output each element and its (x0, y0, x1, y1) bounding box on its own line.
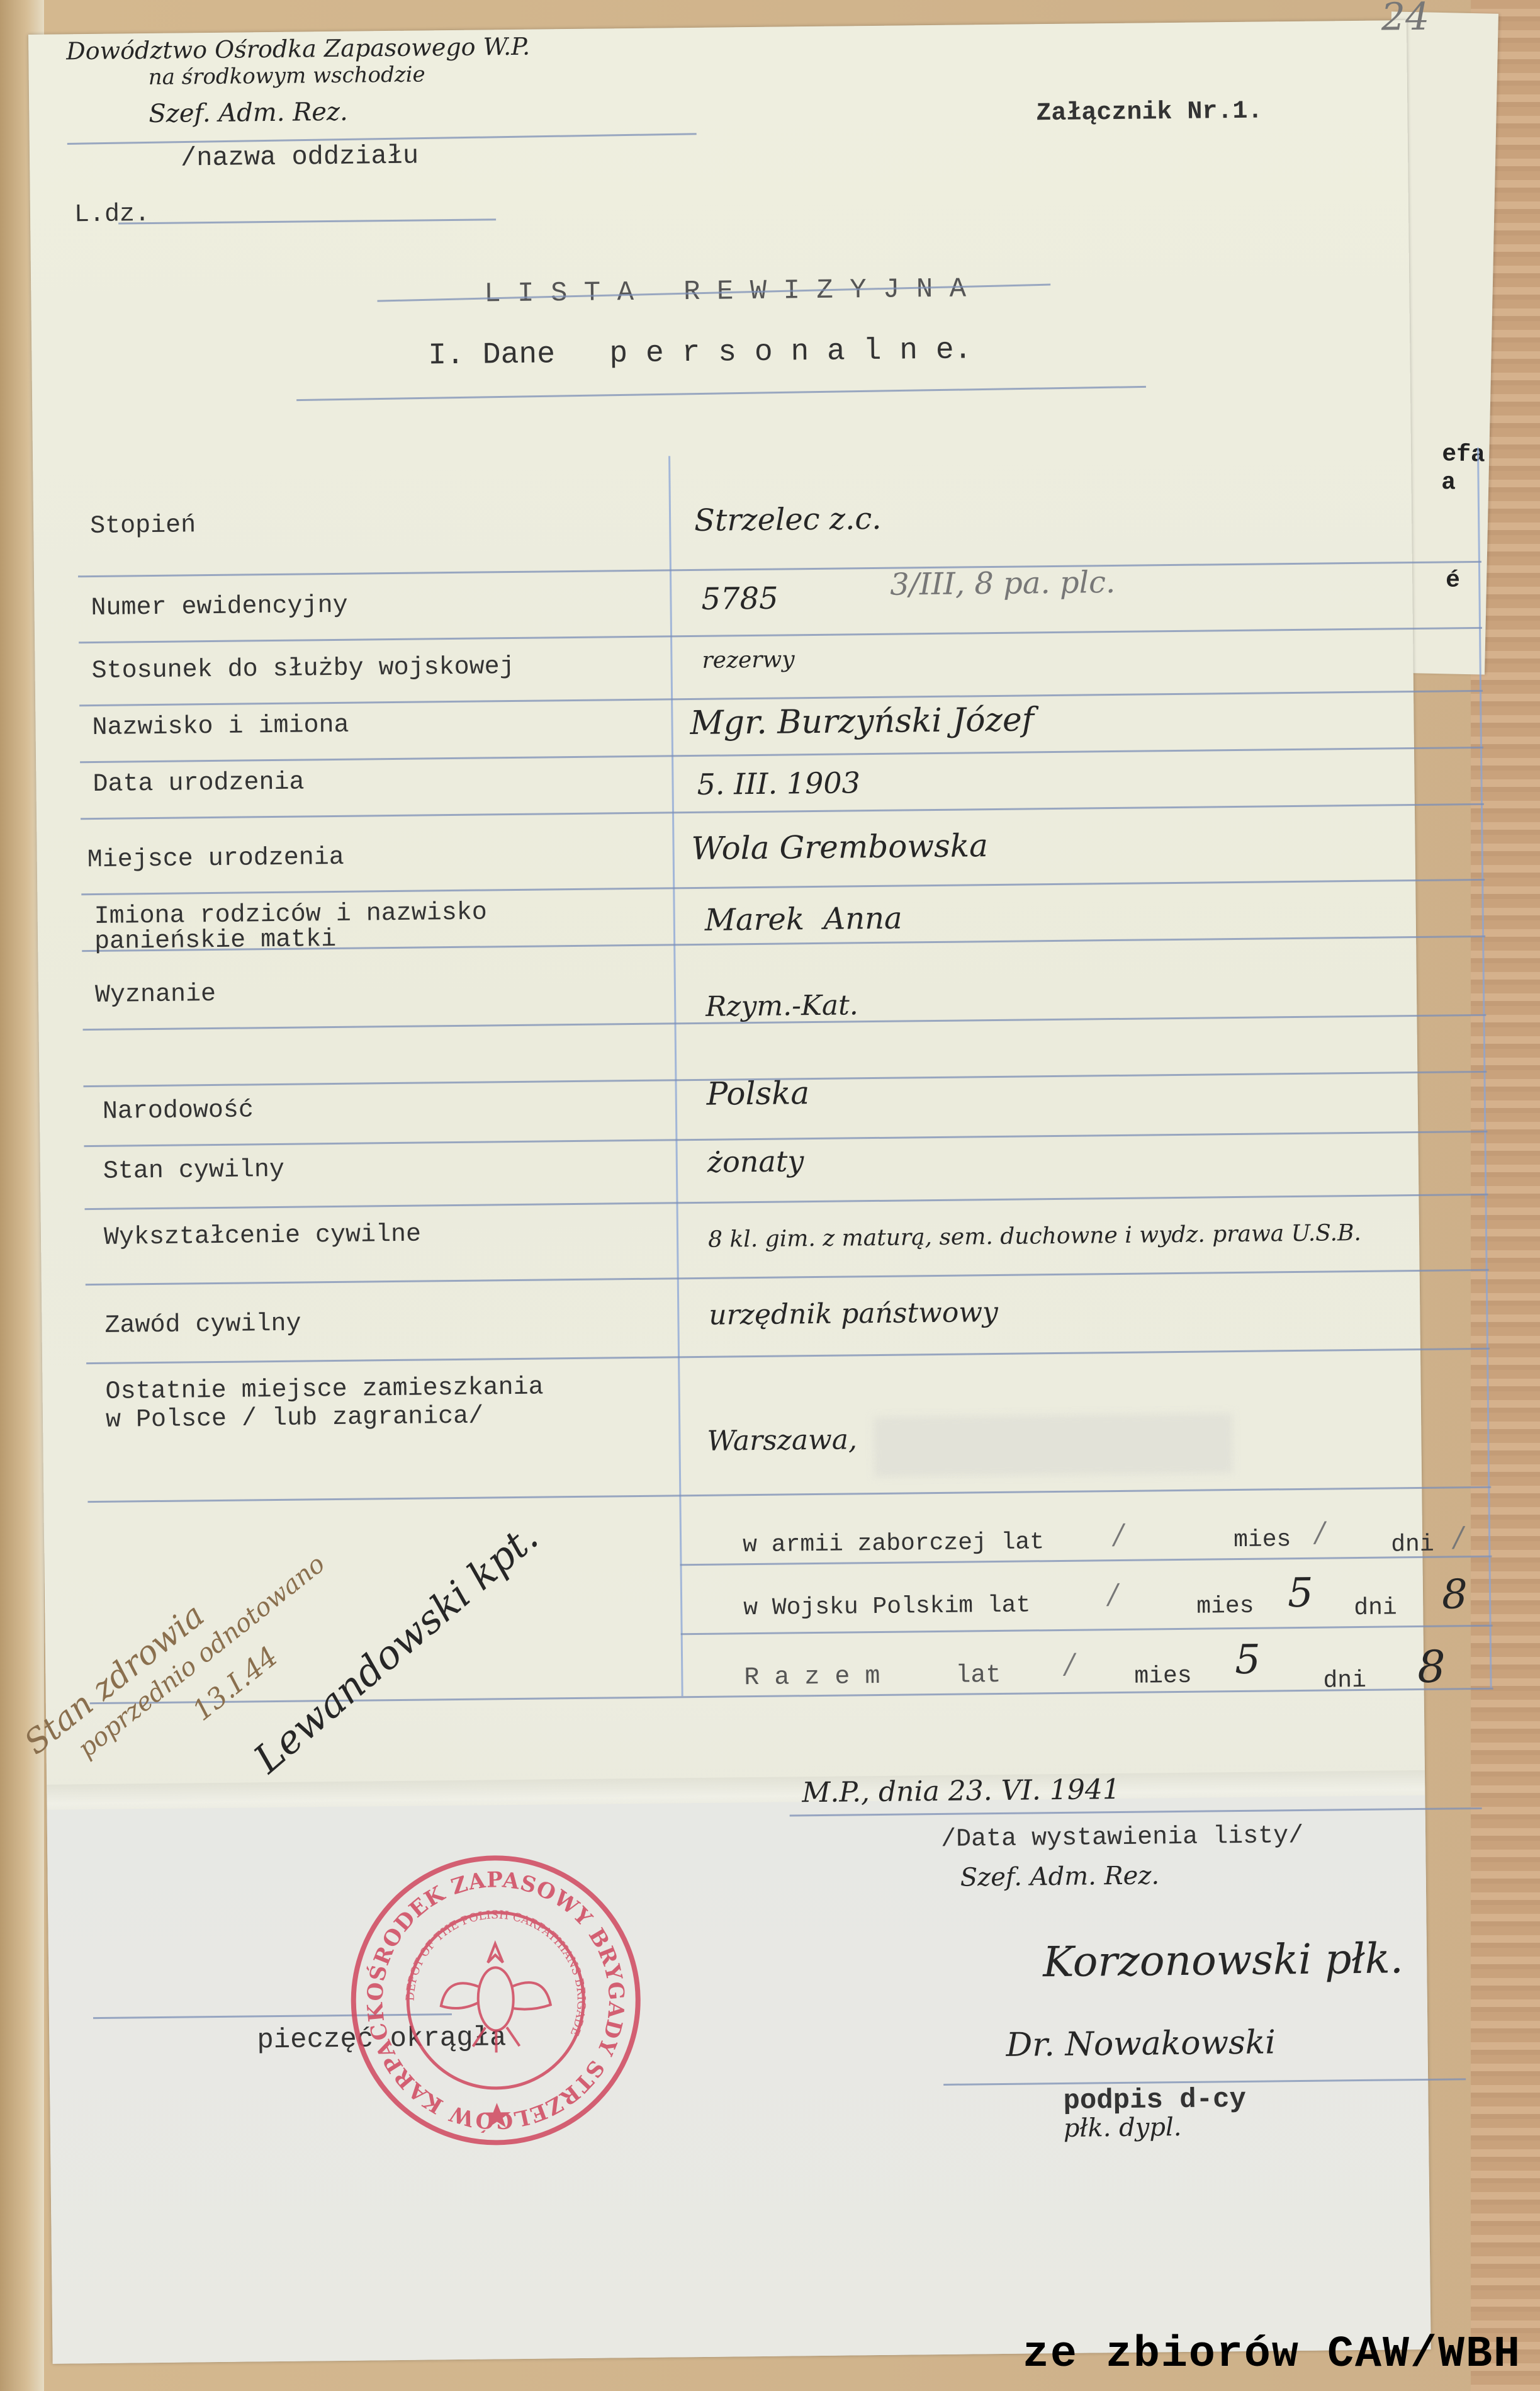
service-months-total: 5 (1235, 1637, 1261, 1683)
date-label: /Data wystawienia listy/ (941, 1822, 1304, 1854)
field-value-name: Mgr. Burzyński Józef (690, 701, 1034, 742)
service-months-polish-army: 5 (1288, 1570, 1313, 1617)
field-label-parents-line2: panieńskie matki (94, 925, 337, 956)
ldz-rule (118, 218, 496, 224)
field-value-birth-place: Wola Grembowska (691, 827, 988, 867)
service-months-label: mies (1196, 1593, 1254, 1620)
field-label-education: Wykształcenie cywilne (104, 1221, 422, 1252)
service-days-label: dni (1354, 1594, 1397, 1622)
field-value-residence: Warszawa, (707, 1423, 857, 1457)
field-annotation-id-number: 3/III, 8 pa. plc. (890, 565, 1116, 602)
table-rule (79, 627, 1482, 643)
signature-2-rank: płk. dypl. (1064, 2113, 1182, 2143)
unit-handwritten-line3: Szef. Adm. Rez. (149, 98, 348, 128)
signature-label: podpis d-cy (1063, 2084, 1246, 2117)
field-label-rank: Stopień (90, 511, 196, 541)
service-years-total: / (1065, 1648, 1074, 1680)
field-label-marital-status: Stan cywilny (103, 1156, 285, 1186)
unit-handwritten-line2: na środkowym wschodzie (149, 62, 425, 90)
field-label-name: Nazwisko i imiona (92, 711, 349, 742)
unit-handwritten-line1: Dowództwo Ośrodka Zapasowego W.P. (66, 33, 530, 65)
page-number: 24 (1381, 0, 1429, 39)
polish-eagle-icon: OŚRODEK ZAPASOWY BRYGADY STRZELCÓW KARPA… (354, 1859, 637, 2142)
field-value-id-number: 5785 (701, 581, 778, 617)
field-value-education: 8 kl. gim. z maturą, sem. duchowne i wyd… (708, 1220, 1361, 1253)
section-rule (296, 386, 1146, 401)
field-label-id-number: Numer ewidencyjny (91, 592, 348, 623)
table-rule (78, 561, 1481, 577)
field-label-occupation: Zawód cywilny (104, 1310, 301, 1340)
field-value-occupation: urzędnik państwowy (709, 1296, 998, 1331)
service-days-label: dni (1391, 1531, 1434, 1559)
stamp-outer-text: OŚRODEK ZAPASOWY BRYGADY STRZELCÓW KARPA… (354, 1859, 630, 2135)
archive-watermark: ze zbiorów CAW/WBH (1023, 2330, 1521, 2380)
svg-text:OŚRODEK ZAPASOWY BRYGADY STRZE: OŚRODEK ZAPASOWY BRYGADY STRZELCÓW KARPA… (354, 1859, 630, 2135)
service-days-total: 8 (1417, 1641, 1446, 1693)
signature-1: Korzonowski płk. (1043, 1934, 1403, 1986)
unit-stamp: OŚRODEK ZAPASOWY BRYGADY STRZELCÓW KARPA… (349, 1854, 642, 2147)
svg-text:DEPOT OF THE POLISH CARPATHIAN: DEPOT OF THE POLISH CARPATHIANS BRIGADE (403, 1908, 588, 2040)
service-months-label: mies (1234, 1526, 1291, 1554)
service-years-polish-army: / (1108, 1578, 1118, 1610)
table-rule (85, 1194, 1488, 1210)
service-months-label: mies (1134, 1663, 1192, 1690)
service-days-label: dni (1323, 1667, 1366, 1695)
attachment-label: Załącznik Nr.1. (1036, 97, 1263, 128)
field-value-military-status: rezerwy (702, 647, 795, 674)
stamp-inner-text: DEPOT OF THE POLISH CARPATHIANS BRIGADE (403, 1908, 588, 2040)
document-sheet: Dowództwo Ośrodka Zapasowego W.P. na śro… (28, 20, 1431, 2364)
field-value-parents: Marek Anna (704, 901, 902, 938)
field-value-birth-date: 5. III. 1903 (697, 766, 860, 801)
field-label-birth-date: Data urodzenia (93, 768, 305, 799)
field-value-rank: Strzelec z.c. (694, 501, 882, 538)
field-value-marital-status: żonaty (707, 1144, 804, 1179)
table-rule (81, 803, 1484, 820)
table-rule (86, 1269, 1489, 1286)
redacted-address (874, 1413, 1233, 1477)
table-rule (681, 1625, 1493, 1636)
field-label-birth-place: Miejsce urodzenia (87, 844, 345, 874)
table-rule (86, 1348, 1490, 1364)
back-page-fragment: é (1446, 567, 1461, 594)
signature-2: Dr. Nowakowski (1006, 2023, 1276, 2064)
field-label-military-status: Stosunek do służby wojskowej (91, 653, 515, 686)
unit-label: /nazwa oddziału (181, 141, 419, 174)
field-value-religion: Rzym.-Kat. (705, 989, 858, 1023)
service-days-partition-army: / (1454, 1521, 1463, 1553)
service-label-total: R a z e m lat (744, 1661, 1001, 1692)
field-label-religion: Wyznanie (95, 980, 216, 1010)
ldz-label: L.dz. (74, 200, 150, 229)
field-value-nationality: Polska (706, 1075, 809, 1112)
table-rule (81, 879, 1485, 895)
field-label-nationality: Narodowość (103, 1096, 254, 1126)
issuer: Szef. Adm. Rez. (960, 1861, 1159, 1892)
lower-panel (47, 1795, 1431, 2364)
table-rule (80, 747, 1483, 763)
service-label-partition-army: w armii zaborczej lat (743, 1529, 1044, 1559)
section-title: I. Dane p e r s o n a l n e. (428, 333, 972, 373)
service-months-partition-army: / (1315, 1517, 1325, 1549)
service-years-partition-army: / (1114, 1518, 1123, 1551)
place-date: M.P., dnia 23. VI. 1941 (802, 1773, 1120, 1809)
service-days-polish-army: 8 (1442, 1571, 1468, 1618)
back-page-fragment: a (1441, 469, 1456, 496)
table-column-divider (668, 456, 683, 1696)
service-label-polish-army: w Wojsku Polskim lat (743, 1591, 1031, 1622)
